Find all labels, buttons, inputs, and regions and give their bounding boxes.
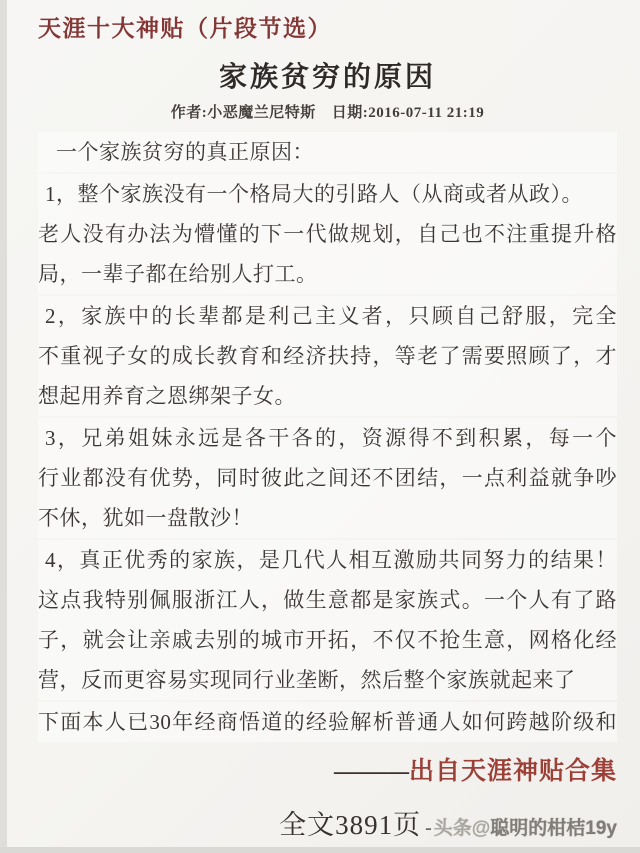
paragraph: 2，家族中的长辈都是利己主义者，只顾自己舒服，完全不重视子女的成长教育和经济扶持…	[38, 296, 617, 416]
body-line: 想起用养育之恩绑架子女。	[38, 376, 617, 416]
byline: 作者:小恶魔兰尼特斯日期:2016-07-11 21:19	[38, 102, 617, 124]
body-line: 下面本人已30年经商悟道的经验解析普通人如何跨越阶级和	[38, 702, 617, 742]
body-line: 不重视子女的成长教育和经济扶持，等老了需要照顾了，才	[38, 336, 617, 376]
page-count: 全文3891页	[279, 810, 421, 840]
body-line: 这点我特别佩服浙江人，做生意都是家族式。一个人有了路	[38, 580, 617, 620]
paragraph: 1，整个家族没有一个格局大的引路人（从商或者从政）。老人没有办法为懵懂的下一代做…	[38, 174, 617, 294]
page-title: 家族贫穷的原因	[38, 60, 617, 94]
body-line: 1，整个家族没有一个格局大的引路人（从商或者从政）。	[38, 174, 617, 214]
watermark: 头条@聪明的柑桔19y	[434, 818, 617, 839]
document-page: 天涯十大神贴（片段节选） 家族贫穷的原因 作者:小恶魔兰尼特斯日期:2016-0…	[7, 0, 640, 847]
body-line: 行业都没有优势，同时彼此之间还不团结，一点利益就争吵	[38, 458, 617, 498]
attribution-line: ———出自天涯神贴合集	[38, 754, 617, 790]
author-text: 作者:小恶魔兰尼特斯	[171, 105, 316, 121]
paragraph: 一个家族贫穷的真正原因：	[38, 132, 617, 172]
watermark-prefix: 头条@	[434, 818, 491, 839]
footer-line: 全文3891页-头条@聪明的柑桔19y	[38, 806, 617, 849]
footer-separator: -	[421, 817, 434, 839]
watermark-name: 聪明的柑桔19y	[490, 818, 617, 839]
attribution-source: 出自天涯神贴合集	[409, 758, 617, 785]
body-line: 营，反而更容易实现同行业垄断，然后整个家族就起来了	[38, 660, 617, 700]
body-line: 子，就会让亲戚去别的城市开拓，不仅不抢生意，网格化经	[38, 620, 617, 660]
paragraph: 4，真正优秀的家族，是几代人相互激励共同努力的结果！这点我特别佩服浙江人，做生意…	[38, 540, 617, 700]
body-line: 一个家族贫穷的真正原因：	[38, 132, 617, 172]
photo-edge-left	[0, 0, 7, 853]
body-line: 3，兄弟姐妹永远是各干各的，资源得不到积累，每一个	[38, 418, 617, 458]
body-line: 局，一辈子都在给别人打工。	[38, 254, 617, 294]
body-text: 一个家族贫穷的真正原因：1，整个家族没有一个格局大的引路人（从商或者从政）。老人…	[38, 132, 617, 742]
paragraph: 3，兄弟姐妹永远是各干各的，资源得不到积累，每一个行业都没有优势，同时彼此之间还…	[38, 418, 617, 538]
date-text: 日期:2016-07-11 21:19	[332, 105, 484, 121]
body-line: 2，家族中的长辈都是利己主义者，只顾自己舒服，完全	[38, 296, 617, 336]
header-tag: 天涯十大神贴（片段节选）	[38, 14, 617, 44]
paragraph: 下面本人已30年经商悟道的经验解析普通人如何跨越阶级和	[38, 702, 617, 742]
body-line: 4，真正优秀的家族，是几代人相互激励共同努力的结果！	[38, 540, 617, 580]
attribution-dashes: ———	[334, 758, 409, 785]
body-line: 老人没有办法为懵懂的下一代做规划，自己也不注重提升格	[38, 214, 617, 254]
body-line: 不休，犹如一盘散沙！	[38, 498, 617, 538]
